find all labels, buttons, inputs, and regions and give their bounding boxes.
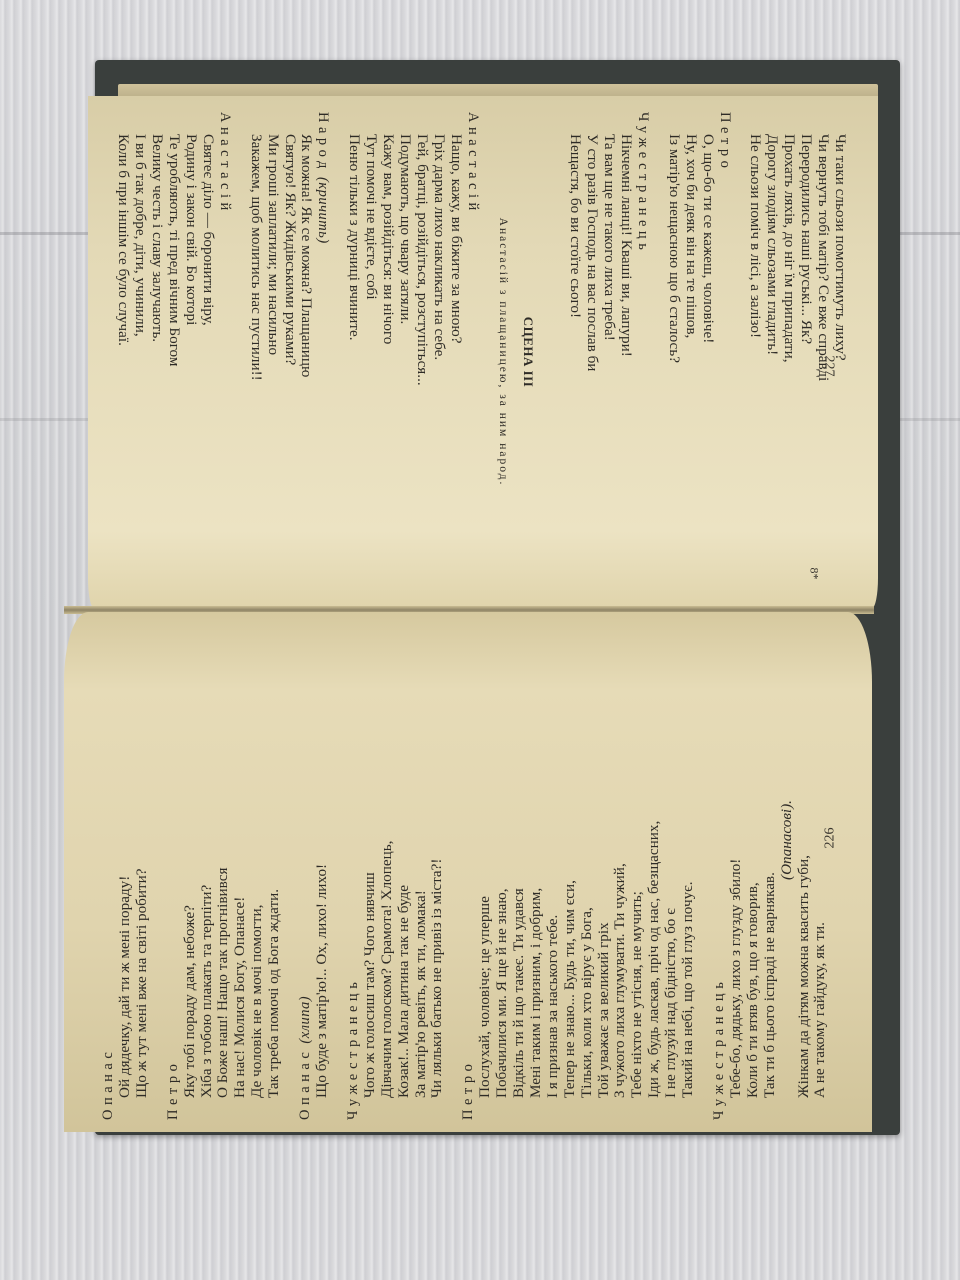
verse-line: Із матір'ю нещасною що б сталось? [665, 112, 682, 592]
verse-line: Гей, братці, розійдіться, розступіться..… [413, 112, 430, 592]
verse-line: Святую! Як? Жидівськими руками? [281, 112, 298, 592]
verse-line: Те уробляють, ті пред вічним Богом [165, 112, 182, 592]
verse-line: Той уважає за великий гріх [596, 620, 613, 1120]
verse-line: Що буде з матір'ю!.. Ох, лихо! лихо! [314, 620, 331, 1120]
verse-line: І не глузуй над бідністю, бо є [663, 620, 680, 1120]
verse-line: Мені таким і призним, і добрим, [528, 620, 545, 1120]
verse-line: Послухай, чоловіче; це уперше [477, 620, 494, 1120]
verse-line: Велику честь і славу залучають. [148, 112, 165, 592]
verse-line: Родину і закон свій. Бо которі [182, 112, 199, 592]
verse-line: Тепер не знаю... Будь ти, чим єси, [562, 620, 579, 1120]
verse-line: Закажем, щоб молитись нас пустили!! [247, 112, 264, 592]
verse-line: Та вам ще не такого лиха треба! [600, 112, 617, 592]
verse-line: Дорогу злодіям сльозами гладить! [763, 112, 780, 592]
page-227-text: Чи таки сльози помогтимуть лиху?Чи верну… [114, 112, 848, 592]
verse-line: Козак!.. Мала дитина так не буде [396, 620, 413, 1120]
verse-line: Чи таки сльози помогтимуть лиху? [831, 112, 848, 592]
verse-line: Ми гроші заплатили; ми насильно [264, 112, 281, 592]
verse-line: І я признав за наського тебе. [545, 620, 562, 1120]
verse-line: Гріх дарма лихо накликать на себе. [430, 112, 447, 592]
speaker-name: Петро [165, 620, 182, 1120]
verse-line: Переродились наші руські... Як? [797, 112, 814, 592]
verse-line: Чи вернуть тобі матір? Се вже справді [814, 112, 831, 592]
speaker-name: Чужестранець [711, 620, 728, 1120]
verse-line: Пеню тільки з дурниці вчините. [345, 112, 362, 592]
verse-line: Тільки, коли хто вірує у Бога, [579, 620, 596, 1120]
verse-line: Ой дядечку, дай ти ж мені пораду! [117, 620, 134, 1120]
verse-line: Кажу вам, розійдіться: ви нічого [379, 112, 396, 592]
verse-line: Святеє діло — боронити віру, [199, 112, 216, 592]
stage-direction: (кричить) [315, 173, 331, 244]
speaker-name: Петро [716, 112, 733, 592]
speaker-name: Народ (кричить) [314, 112, 331, 592]
verse-line: Яку тобі пораду дам, небоже? [182, 620, 199, 1120]
verse-line: Іди ж, будь ласкав, пріч од нас, безщасн… [646, 620, 663, 1120]
speaker-name: Опанас (хлипа) [297, 620, 314, 1120]
verse-line: Дівчачим голоском? Срамота! Хлопець, [379, 620, 396, 1120]
scene-title: СЦЕНА III [520, 112, 537, 592]
verse-line: Тебе-бо, дядьку, лихо з глузду збило! [728, 620, 745, 1120]
verse-line: Побачилися ми. Я ще й не знаю, [494, 620, 511, 1120]
verse-line: Нещастя, бо ви стоїте сього! [566, 112, 583, 592]
verse-line: Тебе ніхто не утісня, не мучить; [629, 620, 646, 1120]
verse-line: Де чоловік не в мочі помогти, [249, 620, 266, 1120]
verse-line: Чого ж голосиш там? Чого нявчиш [362, 620, 379, 1120]
speaker-name: Чужестранець [634, 112, 651, 592]
verse-line: О Боже наш! Нащо так прогнівився [215, 620, 232, 1120]
speaker-name: Анастасій [464, 112, 481, 592]
verse-line: Коли б ти втяв був, що я говорив, [745, 620, 762, 1120]
speaker-name: Чужестранець [345, 620, 362, 1120]
stage-direction: (Опанасові). [779, 620, 796, 1120]
speaker-name: Анастасій [216, 112, 233, 592]
verse-line: Жінкам да дітям можна квасить губи, [796, 620, 813, 1120]
verse-line: Нащо, кажу, ви біжите за мною? [447, 112, 464, 592]
verse-line: Прохать ляхів, до ніг їм припадати, [780, 112, 797, 592]
verse-line: Як можна! Як се можна? Плащаницю [298, 112, 315, 592]
stage-direction: (хлипа) [297, 996, 313, 1048]
verse-line: І ви б так добре, діти, учинили, [131, 112, 148, 592]
verse-line: О, що-бо ти се кажеш, чоловіче! [699, 112, 716, 592]
verse-line: Так треба помочі од Бога ждати. [266, 620, 283, 1120]
page-226-text: ОпанасОй дядечку, дай ти ж мені пораду!Щ… [100, 620, 829, 1120]
verse-line: Тут помочі не вдієте, собі [362, 112, 379, 592]
verse-line: Ну, хоч би деяк він на те пішов, [682, 112, 699, 592]
page-number-227: 227 [821, 356, 837, 377]
verse-line: А не такому гайдуку, як ти. [812, 620, 829, 1120]
verse-line: Нікчемні ланці! Кваші ви, лапури! [617, 112, 634, 592]
verse-line: У сто разів Господь на вас послав би [583, 112, 600, 592]
verse-line: Не сльози поміч в лісі, а залізо! [747, 112, 764, 592]
verse-line: Хіба з тобою плакать та терпіти? [199, 620, 216, 1120]
speaker-name: Опанас [100, 620, 117, 1120]
page-number-226: 226 [823, 828, 839, 849]
verse-line: Коли б при іншім се було случаї. [114, 112, 131, 592]
verse-line: Такий на небі, що той глуз почує. [680, 620, 697, 1120]
verse-line: Чи ляльки батько не привіз із міста?! [429, 620, 446, 1120]
verse-line: З чужого лиха глумувати. Ти чужий, [612, 620, 629, 1120]
signature-mark: 8* [807, 568, 822, 580]
verse-line: Так ти б цього іспраді не варнякав. [762, 620, 779, 1120]
verse-line: Що ж тут мені вже на світі робити? [134, 620, 151, 1120]
verse-line: За матір'ю ревіть, як ти, ломака! [413, 620, 430, 1120]
verse-line: Подумають, що чвару затяли. [396, 112, 413, 592]
verse-line: На нас! Молися Богу, Опанасе! [232, 620, 249, 1120]
scene-note: Анастасій з плащаницею, за ним народ. [495, 112, 512, 592]
speaker-name: Петро [460, 620, 477, 1120]
verse-line: Відкіль ти й що такеє. Ти удався [511, 620, 528, 1120]
